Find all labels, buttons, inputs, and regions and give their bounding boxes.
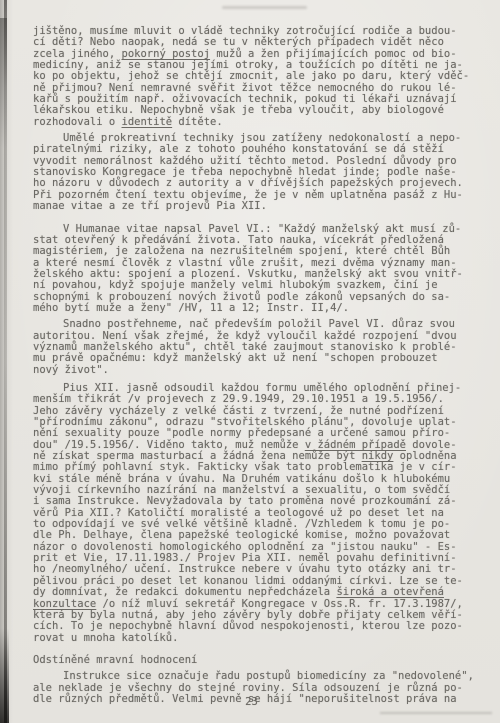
text-segment: mého bytí muže a ženy" /HV, 11 a 12; Ins… bbox=[33, 302, 349, 314]
text-segment: ko po objektu, jehož se chtějí zmocnit, … bbox=[33, 70, 469, 82]
text-segment: rovat u mnoha katolíků. bbox=[33, 632, 178, 644]
text-segment: Při pozorném čtení textu objevíme, že je… bbox=[33, 189, 463, 201]
text-segment: ho /neomylného/ učení. Instrukce nebere … bbox=[33, 563, 457, 575]
scan-smudge-top bbox=[222, 6, 307, 9]
underlined-text: široká a otevřená bbox=[336, 586, 443, 598]
text-segment: /o níž mluví sekretář Kongregace v Oss.R… bbox=[96, 598, 463, 610]
text-segment: lékařskou etiku. Nepochybně však je třeb… bbox=[33, 104, 444, 116]
text-line: nový život". bbox=[33, 365, 474, 376]
text-segment: dovole- bbox=[406, 439, 457, 451]
text-segment: mu právě opačnému: když manželský akt už… bbox=[33, 352, 438, 364]
text-segment: menším třikrát /v projevech z 29.9.1949,… bbox=[33, 393, 444, 405]
text-segment: Jeho závěry vycházely z velké části z tv… bbox=[33, 405, 444, 417]
text-segment: Snadno postřehneme, nač především položi… bbox=[63, 318, 455, 330]
text-segment: dou" /19.5.1956/. Viděno takto, muž nemů… bbox=[33, 439, 305, 451]
section-heading: Odstíněné mravní hodnocení bbox=[33, 655, 474, 666]
text-segment: dy domnívat, že redakci dokumentu nepřed… bbox=[33, 586, 336, 598]
text-line: rozhodovali o identitě dítěte. bbox=[33, 117, 474, 128]
text-segment: rozhodovali o bbox=[33, 116, 122, 128]
text-segment: ně přijmou? Není nemravné svěřit život t… bbox=[33, 82, 457, 94]
page-number: 23 bbox=[33, 697, 470, 708]
text-segment: dle Ph. Delhaye, člena papežské teologic… bbox=[33, 529, 450, 541]
text-segment: nění sexuality pouze "podle normy předep… bbox=[33, 427, 450, 439]
text-segment: názor o dovolenosti homologického oplodn… bbox=[33, 541, 457, 553]
text-segment: mužů a žen přijímajících pomoc od bio- bbox=[210, 48, 457, 60]
underlined-text: pokorný postoj bbox=[122, 48, 211, 60]
text-segment: věrů Pia XII.? Katoličtí moralisté a teo… bbox=[33, 507, 444, 519]
text-segment: kvi stále méně brána v úvahu. Na Druhém … bbox=[33, 473, 450, 485]
text-segment: nový život". bbox=[33, 364, 109, 376]
text-segment: V Humanae vitae napsal Pavel VI.: "Každý… bbox=[63, 223, 461, 235]
text-segment: vyvodit nemorálnost každého užití těchto… bbox=[33, 155, 457, 167]
text-segment: manae vitae a ze tří projevů Pia XII. bbox=[33, 200, 267, 212]
underlined-text: konzultace bbox=[33, 598, 96, 610]
text-segment: magistériem, je založena na nezrušitelné… bbox=[33, 245, 450, 257]
text-line: mého bytí muže a ženy" /HV, 11 a 12; Ins… bbox=[33, 303, 474, 314]
scan-smudge-bottom bbox=[380, 712, 492, 714]
text-segment: autoritou. Není však zřejmé, že když vyl… bbox=[33, 330, 457, 342]
text-line: manae vitae a ze tří projevů Pia XII. bbox=[33, 201, 474, 212]
underlined-text: identitě bbox=[122, 116, 173, 128]
text-line: Odstíněné mravní hodnocení bbox=[33, 655, 474, 666]
text-segment: ho názoru v důvodech z autority a v dřív… bbox=[33, 177, 463, 189]
text-segment: piratelnými riziky, ale z tohoto pouhého… bbox=[33, 143, 444, 155]
paragraph: V Humanae vitae napsal Pavel VI.: "Každý… bbox=[33, 224, 474, 315]
underlined-text: v žádném případě bbox=[305, 439, 406, 451]
text-segment: ale neklade je všechny do stejné roviny.… bbox=[33, 682, 463, 694]
scan-corner-shadow-bottom bbox=[0, 628, 9, 723]
document-page: jištěno, musíme mluvit o vládě techniky … bbox=[0, 0, 500, 723]
text-segment: zcela jiného, bbox=[33, 48, 122, 60]
text-segment: i sama Instrukce. Nevyžadovala by tato p… bbox=[33, 495, 457, 507]
text-segment: mimo přímý pohlavní styk. Fakticky však … bbox=[33, 461, 457, 473]
text-line: rovat u mnoha katolíků. bbox=[33, 633, 474, 644]
text-segment: Instrukce sice označuje řadu postupů bio… bbox=[63, 670, 474, 682]
text-segment: dítěte. bbox=[172, 116, 223, 128]
text-segment: cích. To je nepochybně hlavní důvod nesp… bbox=[33, 620, 463, 632]
text-segment: Odstíněné mravní hodnocení bbox=[33, 654, 197, 666]
text-segment: schopnými k probouzení nových životů pod… bbox=[33, 291, 450, 303]
paragraph: jištěno, musíme mluvit o vládě techniky … bbox=[33, 26, 474, 128]
text-segment: cí děti? Nebo naopak, nedá se tu v někte… bbox=[33, 36, 444, 48]
text-segment: pělivou práci po deset let konanou lidmi… bbox=[33, 575, 463, 587]
text-segment: ní povahou, když spojuje manžely velmi h… bbox=[33, 279, 438, 291]
text-segment: a které nesmí člověk z vlastní vůle zruš… bbox=[33, 257, 457, 269]
paragraph: Umělé prokreativní techniky jsou zatížen… bbox=[33, 133, 474, 212]
paragraph: Pius XII. jasně odsoudil každou formu um… bbox=[33, 383, 474, 644]
paragraph: Snadno postřehneme, nač především položi… bbox=[33, 319, 474, 376]
document-body: jištěno, musíme mluvit o vládě techniky … bbox=[33, 26, 474, 705]
scan-corner-shadow-top bbox=[0, 18, 7, 148]
